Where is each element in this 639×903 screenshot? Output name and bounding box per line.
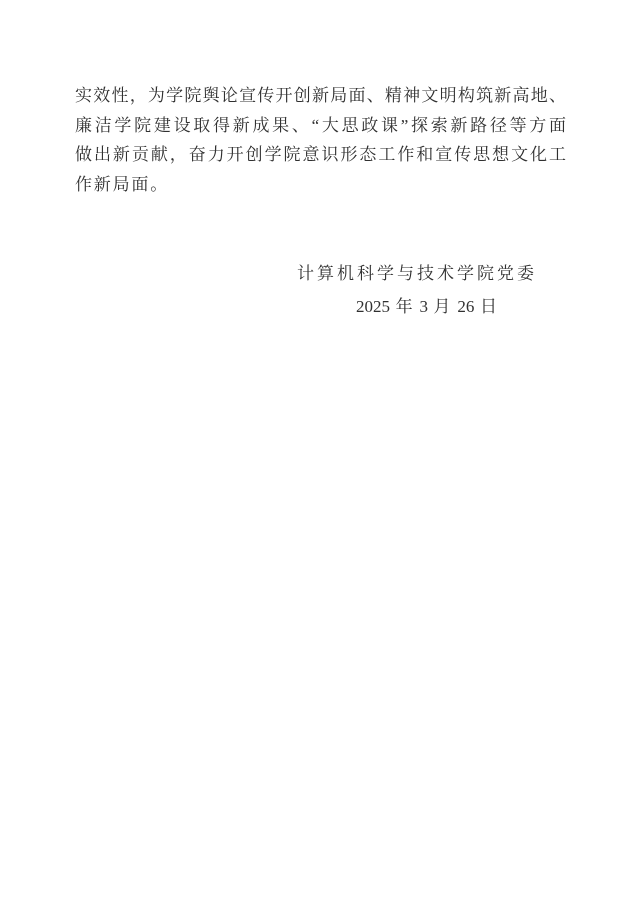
paragraph-line: 廉洁学院建设取得新成果、“大思政课”探索新路径等方面 [75,111,566,141]
document-page: 实效性，为学院舆论宣传开创新局面、精神文明构筑新高地、 廉洁学院建设取得新成果、… [0,0,639,903]
paragraph-line: 做出新贡献，奋力开创学院意识形态工作和宣传思想文化工 [75,140,566,170]
paragraph-line: 作新局面。 [75,170,566,200]
signature-line: 计算机科学与技术学院党委 [297,264,534,284]
date-line: 2025 年 3 月 26 日 [356,297,497,317]
paragraph-line: 实效性，为学院舆论宣传开创新局面、精神文明构筑新高地、 [75,81,566,111]
body-paragraph: 实效性，为学院舆论宣传开创新局面、精神文明构筑新高地、 廉洁学院建设取得新成果、… [75,81,566,199]
